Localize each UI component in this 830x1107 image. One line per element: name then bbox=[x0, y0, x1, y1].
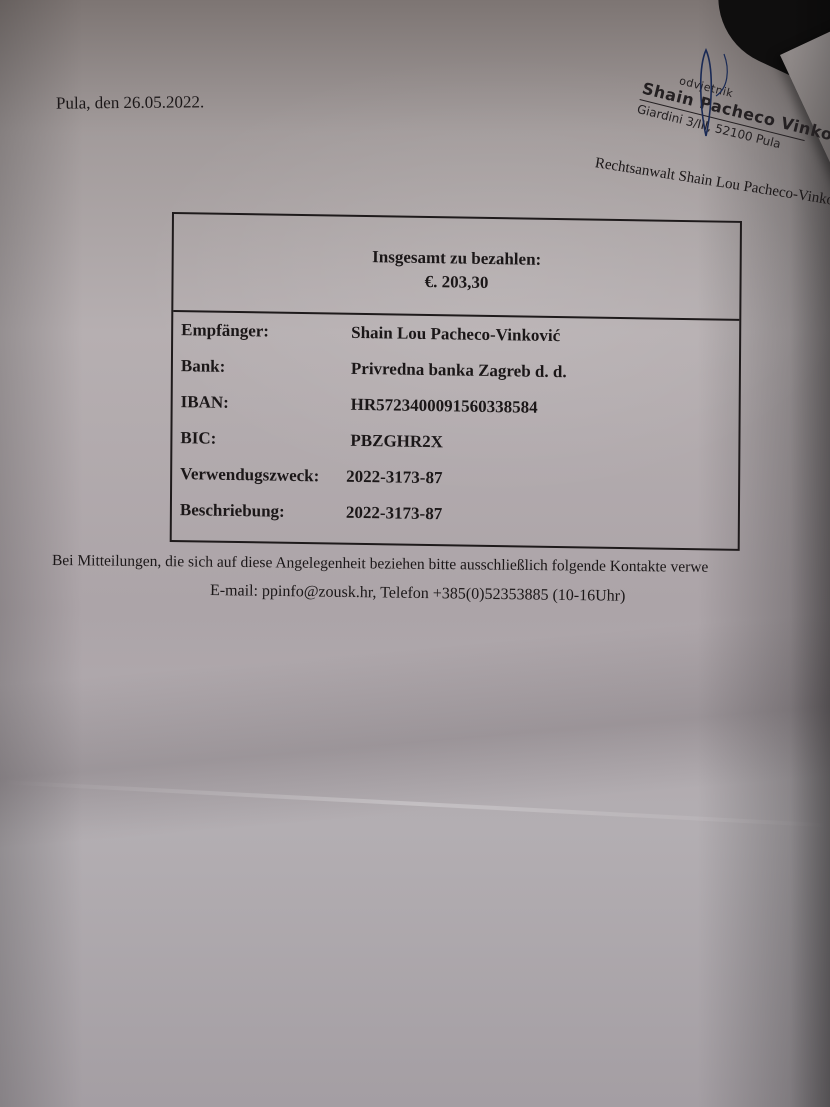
row-value: Shain Lou Pacheco-Vinković bbox=[351, 323, 739, 349]
document-photo: Pula, den 26.05.2022. odvjetnik Shain Pa… bbox=[0, 0, 830, 1107]
payment-box: Insgesamt zu bezahlen: €. 203,30 Empfäng… bbox=[170, 212, 742, 551]
row-label: Beschriebung: bbox=[180, 500, 346, 523]
signature-icon bbox=[694, 48, 734, 138]
paper-edge-shadow bbox=[790, 0, 830, 1107]
row-label: Verwendugszweck: bbox=[180, 464, 346, 487]
place-date: Pula, den 26.05.2022. bbox=[56, 92, 204, 113]
payment-total-section: Insgesamt zu bezahlen: €. 203,30 bbox=[173, 214, 740, 321]
row-label: Bank: bbox=[181, 356, 351, 379]
row-label: Empfänger: bbox=[181, 320, 351, 343]
row-label: BIC: bbox=[180, 428, 350, 451]
payment-row-description: Beschriebung: 2022-3173-87 bbox=[180, 500, 738, 545]
row-label: IBAN: bbox=[181, 392, 351, 415]
payment-details: Empfänger: Shain Lou Pacheco-Vinković Ba… bbox=[172, 312, 740, 545]
